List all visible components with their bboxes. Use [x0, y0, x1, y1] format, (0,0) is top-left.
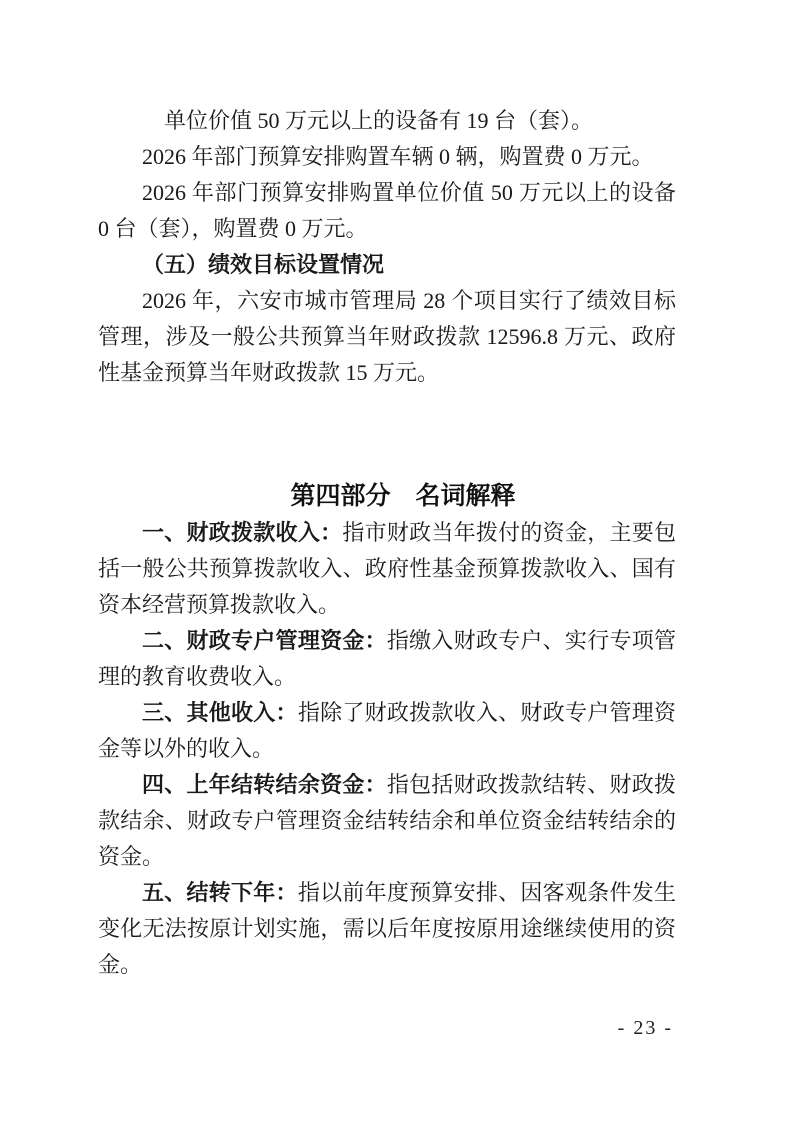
term-paragraph-carryover-to-next-year: 五、结转下年：指以前年度预算安排、因客观条件发生变化无法按原计划实施，需以后年度… — [98, 875, 676, 983]
term-paragraph-fiscal-appropriation-income: 一、财政拨款收入：指市财政当年拨付的资金，主要包括一般公共预算拨款收入、政府性基… — [98, 515, 676, 623]
body-paragraph-equipment-count: 单位价值 50 万元以上的设备有 19 台（套）。 — [98, 103, 676, 139]
term-lead: 五、结转下年： — [142, 880, 298, 905]
document-body: 单位价值 50 万元以上的设备有 19 台（套）。 2026 年部门预算安排购置… — [98, 103, 676, 983]
subsection-heading-performance-targets: （五）绩效目标设置情况 — [98, 247, 676, 283]
term-lead: 一、财政拨款收入： — [142, 520, 342, 545]
body-paragraph-equipment-purchase: 2026 年部门预算安排购置单位价值 50 万元以上的设备 0 台（套），购置费… — [98, 175, 676, 247]
term-lead: 四、上年结转结余资金： — [142, 772, 387, 797]
body-paragraph-performance-targets: 2026 年，六安市城市管理局 28 个项目实行了绩效目标管理，涉及一般公共预算… — [98, 283, 676, 391]
term-lead: 三、其他收入： — [142, 700, 298, 725]
term-paragraph-other-income: 三、其他收入：指除了财政拨款收入、财政专户管理资金等以外的收入。 — [98, 695, 676, 767]
term-paragraph-carryover-surplus-funds: 四、上年结转结余资金：指包括财政拨款结转、财政拨款结余、财政专户管理资金结转结余… — [98, 767, 676, 875]
page-number: - 23 - — [618, 1014, 673, 1042]
section-title-glossary: 第四部分 名词解释 — [98, 477, 708, 515]
document-page: 单位价值 50 万元以上的设备有 19 台（套）。 2026 年部门预算安排购置… — [0, 0, 793, 1122]
term-lead: 二、财政专户管理资金： — [142, 628, 387, 653]
term-paragraph-special-account-funds: 二、财政专户管理资金：指缴入财政专户、实行专项管理的教育收费收入。 — [98, 623, 676, 695]
body-paragraph-vehicle-purchase: 2026 年部门预算安排购置车辆 0 辆，购置费 0 万元。 — [98, 139, 676, 175]
